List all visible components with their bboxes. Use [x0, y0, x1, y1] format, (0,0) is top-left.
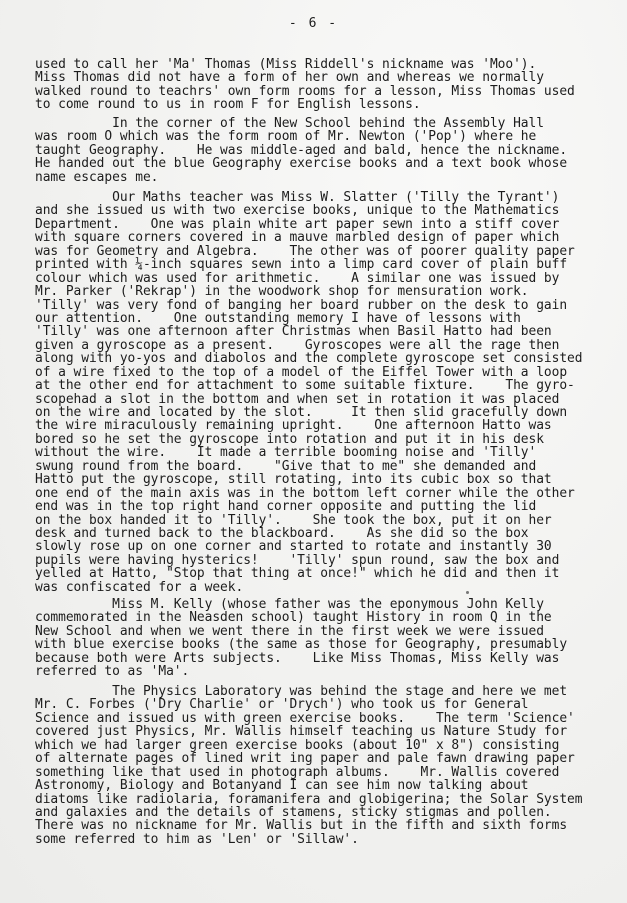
text-line: 'Tilly' was one afternoon after Christma… — [35, 325, 582, 338]
text-line: of a wire fixed to the top of a model of… — [35, 366, 582, 379]
text-line: our attention. One outstanding memory I … — [35, 312, 582, 325]
text-line: covered just Physics, Mr. Wallis himself… — [35, 725, 582, 738]
text-line: slowly rose up on one corner and started… — [35, 540, 582, 553]
text-line: In the corner of the New School behind t… — [35, 117, 567, 130]
text-line: printed with ¼-inch squares sewn into a … — [35, 258, 582, 271]
text-line: Our Maths teacher was Miss W. Slatter ('… — [35, 191, 582, 204]
text-line: taught Geography. He was middle-aged and… — [35, 144, 567, 157]
text-line: of alternate pages of lined writ ing pap… — [35, 752, 582, 765]
paragraph-physics-laboratory: The Physics Laboratory was behind the st… — [35, 685, 582, 846]
text-line: swung round from the board. "Give that t… — [35, 460, 582, 473]
text-line: scopehad a slot in the bottom and when s… — [35, 393, 582, 406]
text-line: on the wire and located by the slot. It … — [35, 406, 582, 419]
paragraph-mr-newton-geography: In the corner of the New School behind t… — [35, 117, 567, 184]
text-line: some referred to him as 'Len' or 'Sillaw… — [35, 833, 582, 846]
text-line: Miss M. Kelly (whose father was the epon… — [35, 598, 567, 611]
text-line: name escapes me. — [35, 171, 567, 184]
text-line: was for Geometry and Algebra. The other … — [35, 245, 582, 258]
text-line: which we had larger green exercise books… — [35, 739, 582, 752]
text-line: Hatto put the gyroscope, still rotating,… — [35, 473, 582, 486]
text-line: commemorated in the Neasden school) taug… — [35, 611, 567, 624]
text-line: There was no nickname for Mr. Wallis but… — [35, 819, 582, 832]
text-line: walked round to teachrs' own form rooms … — [35, 85, 575, 98]
text-line: diatoms like radiolaria, foramanifera an… — [35, 793, 582, 806]
text-line: on the box handed it to 'Tilly'. She too… — [35, 514, 582, 527]
text-line: yelled at Hatto, "Stop that thing at onc… — [35, 567, 582, 580]
text-line: He handed out the blue Geography exercis… — [35, 157, 567, 170]
text-line: desk and turned back to the blackboard. … — [35, 527, 582, 540]
text-line: along with yo-yos and diabolos and the c… — [35, 352, 582, 365]
page-number: - 6 - — [0, 16, 627, 31]
paragraph-miss-slatter-maths: Our Maths teacher was Miss W. Slatter ('… — [35, 191, 582, 594]
text-line: Mr. C. Forbes ('Dry Charlie' or 'Drych')… — [35, 698, 582, 711]
text-line: because both were Arts subjects. Like Mi… — [35, 652, 567, 665]
text-line: colour which was used for arithmetic. A … — [35, 272, 582, 285]
text-line: and she issued us with two exercise book… — [35, 204, 582, 217]
text-line: bored so he set the gyroscope into rotat… — [35, 433, 582, 446]
text-line: without the wire. It made a terrible boo… — [35, 446, 582, 459]
text-line: one end of the main axis was in the bott… — [35, 487, 582, 500]
text-line: end was in the top right hand corner opp… — [35, 500, 582, 513]
text-line: used to call her 'Ma' Thomas (Miss Ridde… — [35, 58, 575, 71]
text-line: Mr. Parker ('Rekrap') in the woodwork sh… — [35, 285, 582, 298]
text-line: The Physics Laboratory was behind the st… — [35, 685, 582, 698]
text-line: referred to as 'Ma'. — [35, 665, 567, 678]
text-line: 'Tilly' was very fond of banging her boa… — [35, 299, 582, 312]
text-line: given a gyroscope as a present. Gyroscop… — [35, 339, 582, 352]
paper-speck — [466, 591, 469, 594]
text-line: with square corners covered in a mauve m… — [35, 231, 582, 244]
text-line: was room O which was the form room of Mr… — [35, 130, 567, 143]
text-line: to come round to us in room F for Englis… — [35, 98, 575, 111]
text-line: pupils were having hysterics! 'Tilly' sp… — [35, 554, 582, 567]
text-line: at the other end for attachment to some … — [35, 379, 582, 392]
text-line: something like that used in photograph a… — [35, 766, 582, 779]
paragraph-miss-kelly-history: Miss M. Kelly (whose father was the epon… — [35, 598, 567, 679]
text-line: was confiscated for a week. — [35, 581, 582, 594]
text-line: and galaxies and the details of stamens,… — [35, 806, 582, 819]
text-line: with blue exercise books (the same as th… — [35, 638, 567, 651]
text-line: New School and when we went there in the… — [35, 625, 567, 638]
paragraph-ma-thomas: used to call her 'Ma' Thomas (Miss Ridde… — [35, 58, 575, 112]
text-line: the wire miraculously remaining upright.… — [35, 419, 582, 432]
text-line: Astronomy, Biology and Botanyand I can s… — [35, 779, 582, 792]
text-line: Department. One was plain white art pape… — [35, 218, 582, 231]
text-line: Miss Thomas did not have a form of her o… — [35, 71, 575, 84]
text-line: Science and issued us with green exercis… — [35, 712, 582, 725]
